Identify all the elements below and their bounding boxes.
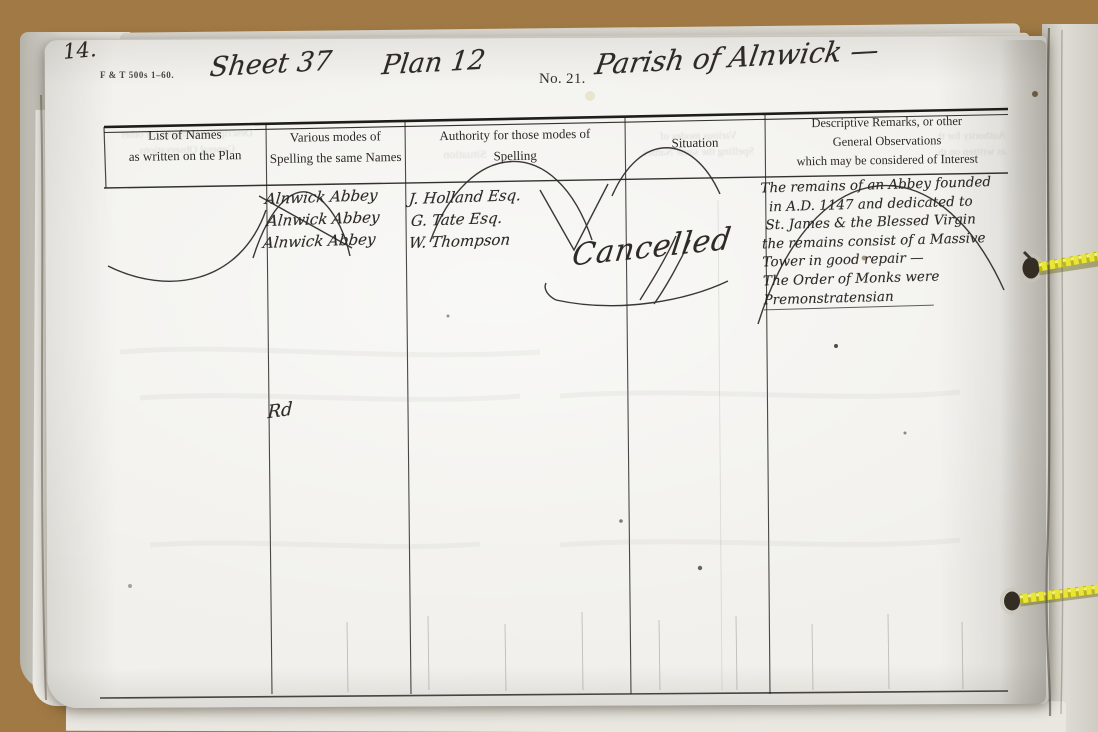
margin-note: Rd [267,399,293,424]
header-authority: Authority for those modes ofSpelling [407,122,624,167]
authority-entry: W. Thompson [408,230,511,252]
page-number: 14. [62,37,97,64]
header-situation: Situation [627,131,763,154]
page-stack-right-edge [1042,24,1098,732]
scanned-register-photo: Descriptive Remarks, or otherGeneral Obs… [0,0,1098,732]
header-names: List of Namesas written on the Plan [106,123,265,167]
header-spellings: Various modes ofSpelling the same Names [268,125,404,169]
remarks-text: The remains of an Abbey founded in A.D. … [760,173,1009,311]
form-code: F & T 500s 1–60. [100,70,174,80]
authority-entry: G. Tate Esq. [410,209,503,230]
number-label: No. 21. [539,71,586,88]
header-remarks: Descriptive Remarks, or otherGeneral Obs… [767,111,1008,172]
sheet-label: Sheet 37 [208,46,333,84]
plan-label: Plan 12 [380,45,487,82]
